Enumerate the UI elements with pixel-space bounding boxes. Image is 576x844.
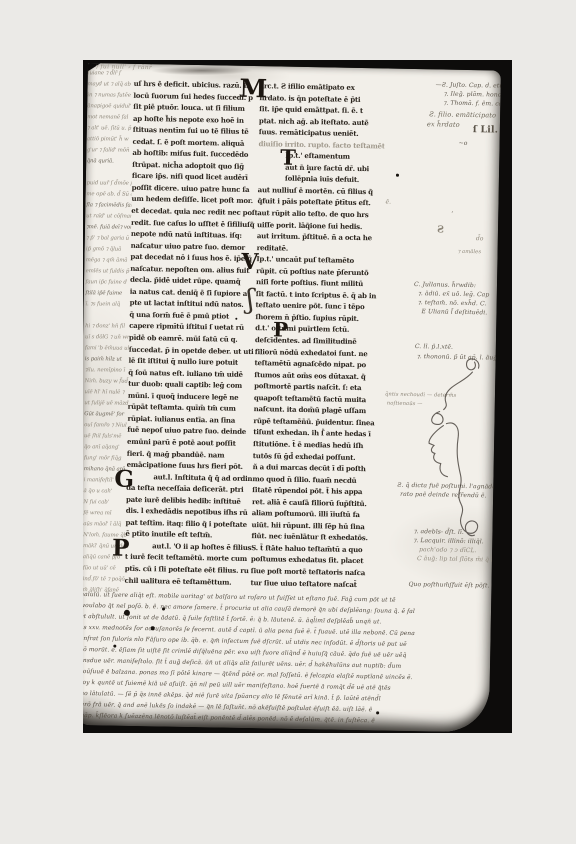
bottom-gloss-block: halulū. ut̄ ſuere aliq̄t eſt. mobile uor… (83, 590, 489, 729)
gloss-line: ip̄ gmō ⁊ q̄luā (86, 244, 131, 255)
gloss-line: faun ip̄c fuine d (85, 277, 130, 288)
margin-note: ex h̄rdato (427, 120, 460, 129)
margin-note: ⁊. Ileḡ. plām. honorū. (443, 91, 501, 99)
gloss-line: fung' mōr fiq̄g (84, 453, 129, 464)
gloss-line: q̄nā quriā. (87, 156, 132, 167)
gloss-line: fē wrea mī (83, 508, 128, 519)
gloss-line: attiō pimūt' h̄ w (87, 134, 132, 145)
gloss-line: ā q̄o u cah' (83, 486, 128, 497)
gloss-line: ut fulijē uē māzd (84, 398, 129, 409)
gloss-line: is paim̄ hilz ut (85, 354, 130, 365)
text-line: ē ptīto inutile eſt teſtm̄. (125, 528, 251, 542)
text-column-right: arc.t. Ƨ ifilio emātipato exhrdato. is q… (250, 80, 385, 590)
gloss-line: puid uur̄ ſ d̄mōe ſ (86, 178, 131, 189)
manuscript-photo: ⁊ fui null' ⸗ f̄ rānr̄ ſuiane ⁊ d̄lr̄ ſm… (83, 60, 512, 733)
ink-smudge (152, 66, 252, 75)
ink-spot (396, 174, 399, 177)
gloss-line: mayd ut ⁊ alq̄ ab ē (87, 79, 132, 90)
gloss-line: N fui cab' (83, 497, 128, 508)
gloss-line: fūo ut uū' cē (83, 563, 128, 574)
gloss-line: q̄o anī aq̄ang' (84, 442, 129, 453)
gloss-line: ⁊ilu. nemīpino ī (85, 365, 130, 376)
gloss-line: hi ⁊ donz' hn̄ fil (85, 321, 130, 332)
margin-note: ē. (385, 198, 391, 205)
margin-note: Quo poſthum̄ſfuit ēſt pōſt. v. ſiḡ (408, 581, 500, 590)
text-line: tur ſiue uiuo teſtatore naſcat̄ (250, 577, 376, 591)
gloss-line: mot nemanē fal (87, 112, 132, 123)
gloss-line: aliq̄ū canē p̄ſo (83, 552, 128, 563)
gloss-line: aūs māol' ī ālq̄ (83, 519, 128, 530)
gloss-line: fla ⁊ facimēdis fal (86, 200, 131, 211)
photo-mat: { "colors": { "mat": "#ebeae7", "photo_b… (0, 0, 576, 844)
gloss-line: ānapigoē quidul' (87, 101, 132, 112)
margin-doodle-face-icon (417, 349, 493, 578)
gloss-line: ⁊ p̄' ⁊ bal garia ū (86, 233, 131, 244)
gloss-line (85, 310, 130, 321)
text-line: chil ualitura eē teſtamēttum. (124, 574, 250, 588)
gloss-line (87, 167, 132, 178)
margin-note: Ƨ. filio. emāticipato (429, 110, 496, 119)
gloss-line: mākī' q̄nū uniddo (83, 541, 128, 552)
margin-note: ſ Lil. (473, 124, 498, 135)
gloss-line: N'lom̄. faume q̄b (83, 530, 128, 541)
margin-note: E Ulianū l̄ deſtituēdi. (421, 308, 487, 316)
gloss-line: ⁊mē. fuiā deī⁊ vora (86, 222, 131, 233)
gloss-line: in ⁊ numas futēe (87, 90, 132, 101)
gloss-line: mihano q̄nā arō (84, 464, 129, 475)
gloss-line: ⁊ alt' uē. ſitū u. p̄ (87, 123, 132, 134)
margin-note: ’ (451, 211, 453, 218)
margin-note: d̄o (476, 235, 484, 242)
gloss-line: ſtilā ip̄ē fuime (85, 288, 130, 299)
gloss-line: emlēs ut fuldis p̄ (86, 266, 131, 277)
gloss-line: fami 'b ēm̄uua ul (85, 343, 130, 354)
margin-note: —Ƨ. Juſto. Cap. d. etur. (436, 81, 501, 89)
margin-note: noſtienaūs — (387, 401, 423, 408)
gloss-line: uīē hī' hī nulē ⁊ (84, 387, 129, 398)
gloss-line: mēga ⁊ qm̄ āmā (86, 255, 131, 266)
text-line: emācipatione ſuus hrs fieri pōt. (127, 459, 253, 473)
gloss-line: me opē ab. d̄ Sū a (86, 189, 131, 200)
text-column-left: uſ hrs ē deficit. ubicius. razū. inlocū … (124, 78, 259, 588)
gloss-line: ut raīd' ut cōſmarā (86, 211, 131, 222)
gloss-line: Nim̄. buzy w f̄ud̄ (85, 376, 130, 387)
gloss-line: Gūt āugmē' for (84, 409, 129, 420)
margin-note: ⁊. ādiū. ex̄ uō. leḡ. Cap (418, 290, 490, 298)
gloss-line: ind̄.fō' tē ⁊ poq̄ō (83, 574, 128, 585)
parchment-page: ⁊ fui null' ⸗ f̄ rānr̄ ſuiane ⁊ d̄lr̄ ſm… (83, 63, 501, 732)
margin-note: ~o (459, 140, 468, 147)
gloss-line: ouī famr̄o ⁊ Niul (84, 420, 129, 431)
margin-note: C. Jullanus. h̄rwdib: (414, 281, 476, 289)
margin-note: ⁊. teſtam̄. nō. exh̄d. C. (418, 299, 487, 307)
margin-note: ⁊ amāles (458, 249, 482, 255)
gloss-line: g'ur ⁊ falid' mōn̄ (87, 145, 132, 156)
gloss-line: uē ſhil fuls'mē (84, 431, 129, 442)
margin-note: ⁊. Thomā. f. ēm. cap̄i (443, 100, 501, 108)
gloss-line: i manifeſtil' (84, 475, 129, 486)
gloss-line: ſuiane ⁊ d̄lr̄ ſ (87, 68, 132, 79)
gloss-line: uī s dōlG ⁊ un̄ wrc' (85, 332, 130, 343)
gloss-line: ī. ⁊s fuein alq̄ (85, 299, 130, 310)
margin-note: Ƨ (437, 224, 444, 235)
